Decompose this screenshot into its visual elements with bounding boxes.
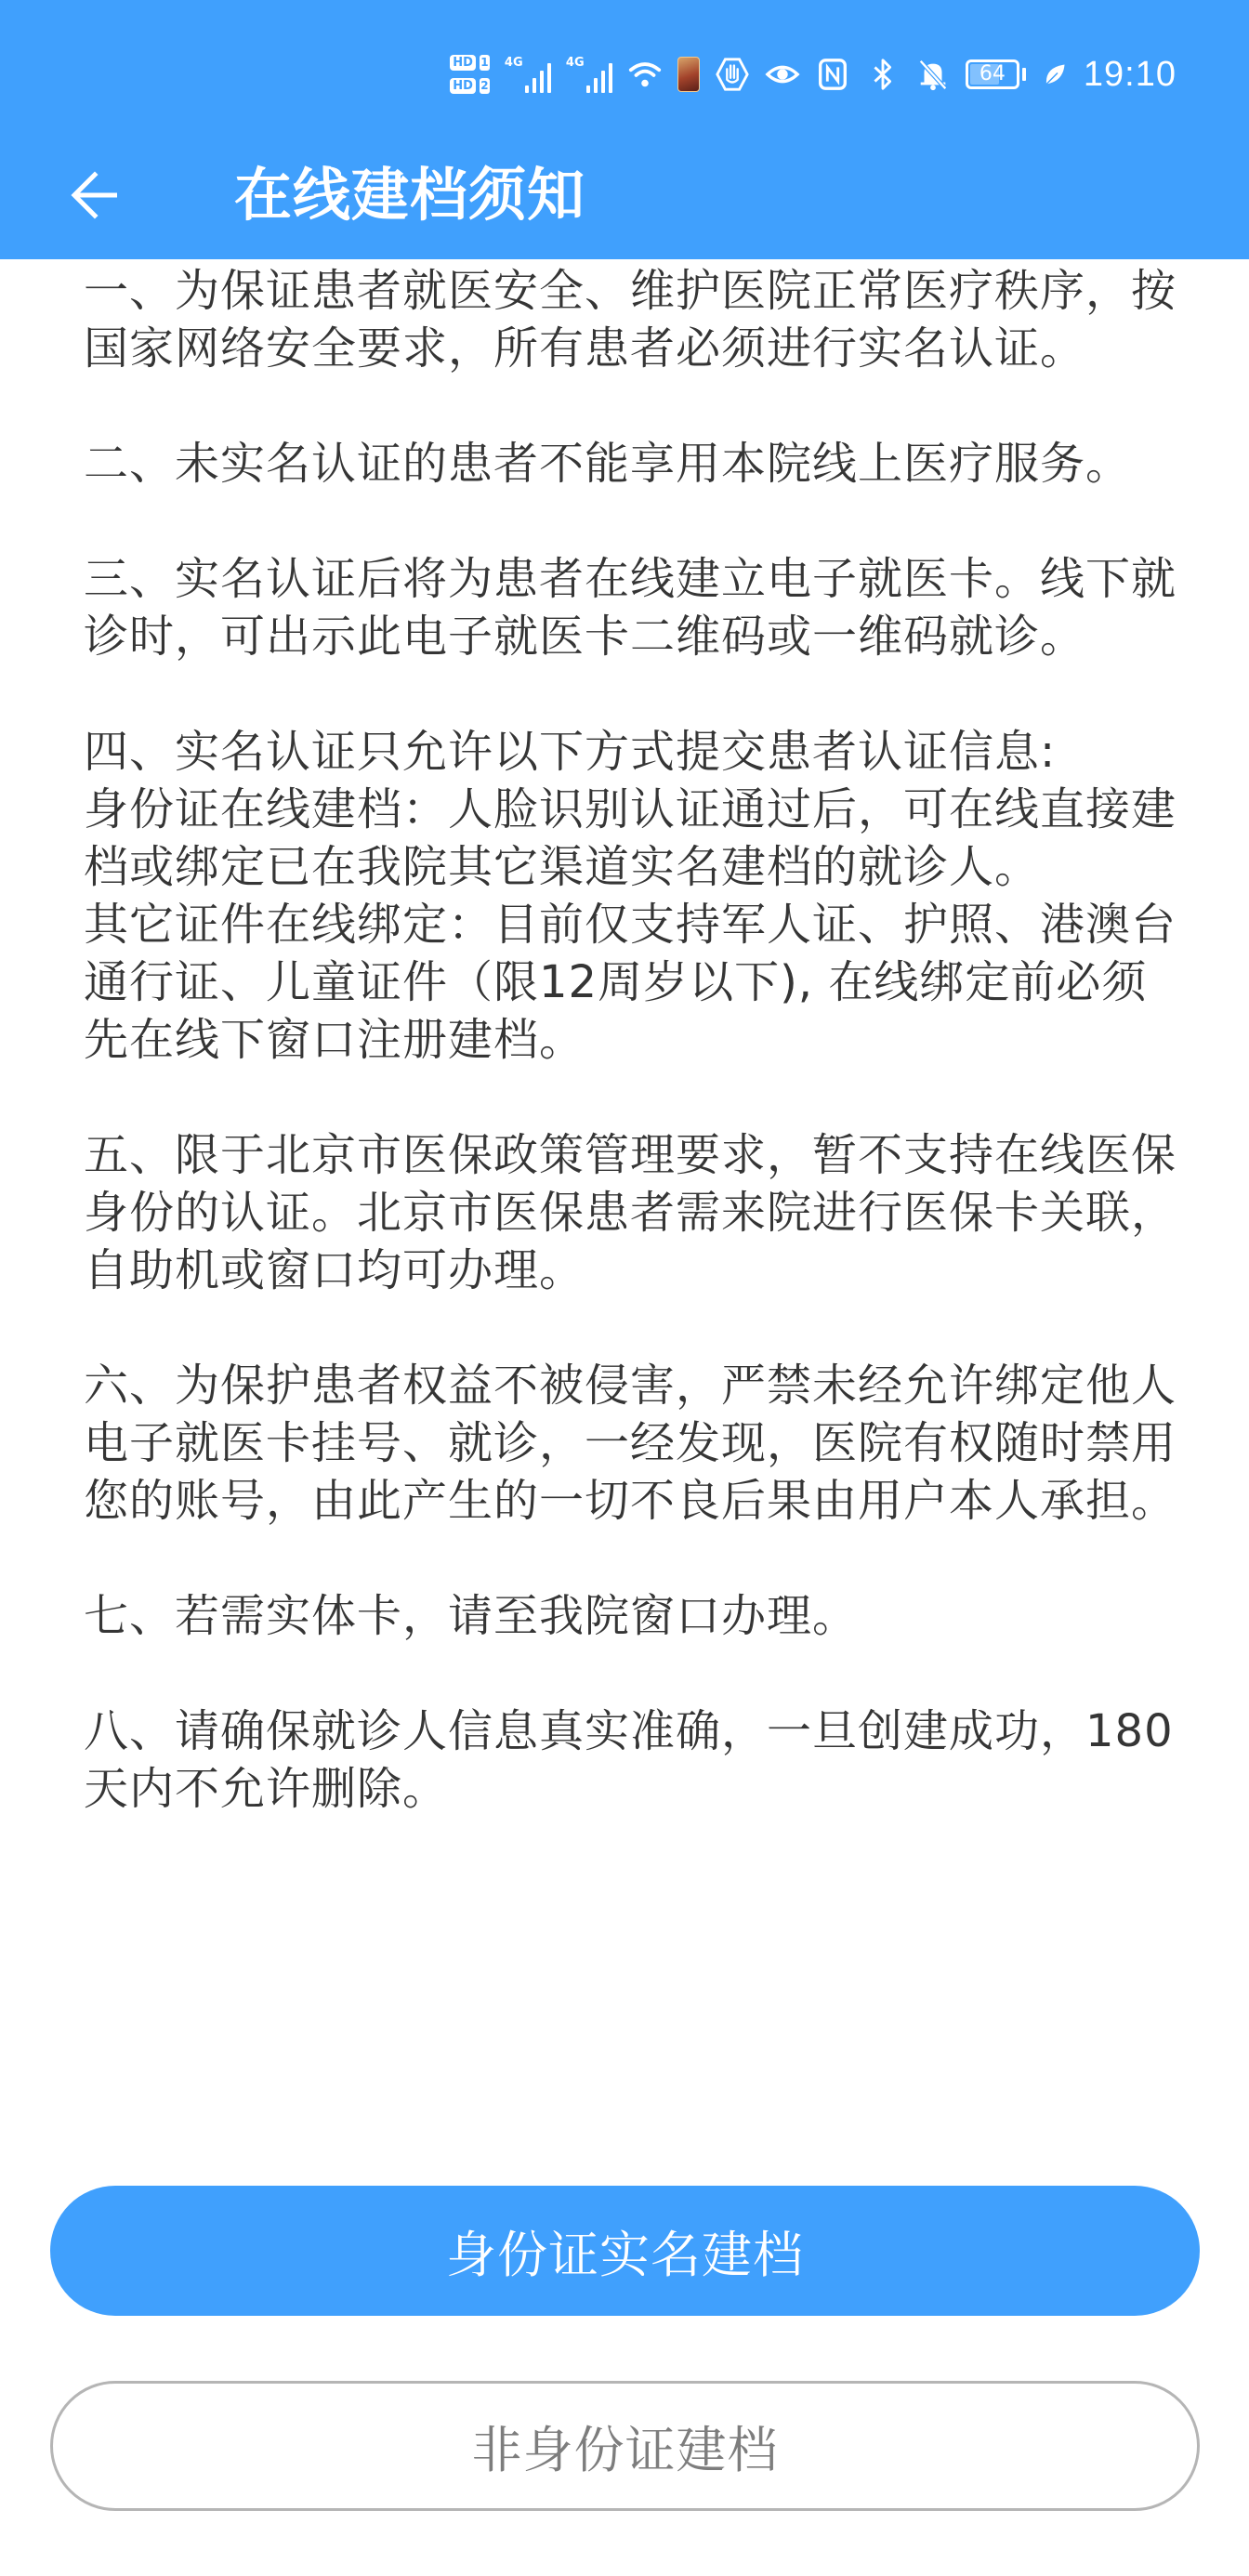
notice-item-1: 一、为保证患者就医安全、维护医院正常医疗秩序，按国家网络安全要求，所有患者必须进…	[84, 262, 1180, 377]
notice-content: 一、为保证患者就医安全、维护医院正常医疗秩序，按国家网络安全要求，所有患者必须进…	[84, 262, 1180, 1875]
battery-icon: 64	[966, 59, 1026, 89]
sim-2-number: 2	[480, 78, 490, 94]
id-card-registration-button[interactable]: 身份证实名建档	[50, 2186, 1200, 2316]
leaf-power-saving-icon	[1041, 57, 1069, 92]
notice-item-6: 六、为保护患者权益不被侵害，严禁未经允许绑定他人电子就医卡挂号、就诊，一经发现，…	[84, 1357, 1180, 1530]
notice-item-3: 三、实名认证后将为患者在线建立电子就医卡。线下就诊时，可出示此电子就医卡二维码或…	[84, 550, 1180, 665]
status-bar: HD 1 HD 2 4G 4G	[0, 28, 1249, 121]
notice-item-8: 八、请确保就诊人信息真实准确，一旦创建成功，180天内不允许删除。	[84, 1702, 1180, 1818]
mute-bell-icon	[915, 57, 951, 92]
game-app-icon	[677, 57, 700, 92]
signal-1-type: 4G	[505, 56, 523, 70]
notice-item-4: 四、实名认证只允许以下方式提交患者认证信息: 身份证在线建档：人脸识别认证通过后…	[84, 723, 1180, 1069]
arrow-left-icon	[65, 167, 121, 223]
page-title: 在线建档须知	[234, 153, 585, 237]
hd-sim-icon: HD 1 HD 2	[450, 55, 490, 94]
notice-item-5: 五、限于北京市医保政策管理要求，暂不支持在线医保身份的认证。北京市医保患者需来院…	[84, 1126, 1180, 1299]
signal-4g-icon: 4G	[505, 56, 551, 93]
eye-comfort-icon	[765, 57, 800, 92]
sim-1-number: 1	[480, 55, 490, 71]
notice-item-7: 七、若需实体卡，请至我院窗口办理。	[84, 1587, 1180, 1645]
wifi-icon	[627, 57, 663, 92]
nfc-icon	[815, 57, 850, 92]
back-button[interactable]	[56, 158, 130, 232]
hand-stop-icon	[715, 57, 750, 92]
app-header: HD 1 HD 2 4G 4G	[0, 0, 1249, 259]
notice-item-2: 二、未实名认证的患者不能享用本院线上医疗服务。	[84, 435, 1180, 493]
hd-badge-2: HD	[450, 78, 476, 94]
signal-4g-icon: 4G	[566, 56, 612, 93]
title-bar: 在线建档须知	[0, 130, 1249, 259]
bluetooth-icon	[865, 57, 901, 92]
hd-badge-1: HD	[450, 55, 476, 71]
non-id-card-registration-button[interactable]: 非身份证建档	[50, 2381, 1200, 2511]
signal-2-type: 4G	[566, 56, 585, 70]
clock: 19:10	[1084, 55, 1177, 95]
status-bar-icons: HD 1 HD 2 4G 4G	[450, 28, 1177, 121]
battery-level: 64	[979, 64, 1006, 85]
